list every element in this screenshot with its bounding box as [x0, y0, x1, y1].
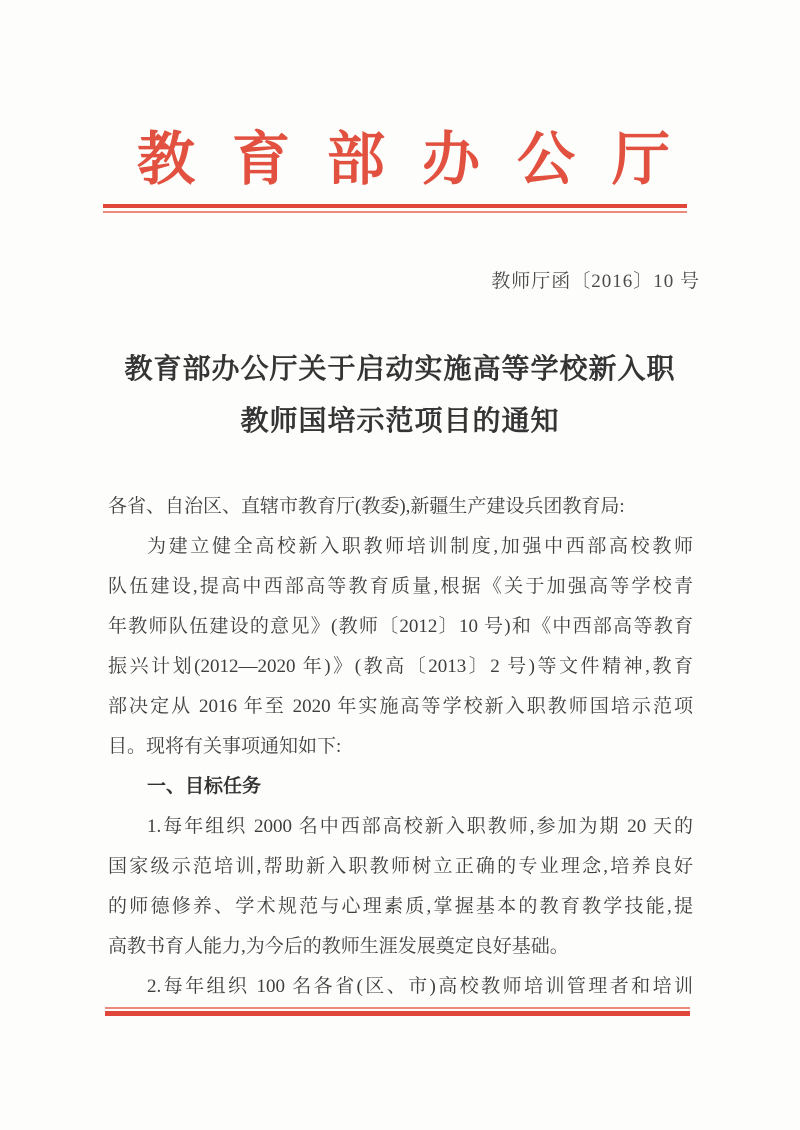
body-line: 为建立健全高校新入职教师培训制度,加强中西部高校教师: [108, 527, 693, 567]
body-line: 1.每年组织 2000 名中西部高校新入职教师,参加为期 20 天的: [108, 807, 693, 847]
body-line: 部决定从 2016 年至 2020 年实施高等学校新入职教师国培示范项: [108, 687, 693, 727]
body-line: 2.每年组织 100 名各省(区、市)高校教师培训管理者和培训: [108, 967, 693, 1007]
document-title-line-1: 教育部办公厅关于启动实施高等学校新入职: [60, 344, 740, 396]
body-line: 高教书育人能力,为今后的教师生涯发展奠定良好基础。: [108, 927, 693, 967]
body-line: 国家级示范培训,帮助新入职教师树立正确的专业理念,培养良好: [108, 847, 693, 887]
body-line: 各省、自治区、直辖市教育厅(教委),新疆生产建设兵团教育局:: [108, 487, 693, 527]
letterhead-agency-name: 教育部办公厅: [100, 122, 690, 198]
document-title-line-2: 教师国培示范项目的通知: [60, 396, 740, 448]
body-line: 振兴计划(2012—2020 年)》(教高〔2013〕2 号)等文件精神,教育: [108, 647, 693, 687]
document-page: 教育部办公厅 教师厅函〔2016〕10 号 教育部办公厅关于启动实施高等学校新入…: [0, 0, 800, 1130]
letterhead-rule-thick: [103, 204, 687, 208]
document-number: 教师厅函〔2016〕10 号: [108, 268, 700, 296]
body-line: 队伍建设,提高中西部高等教育质量,根据《关于加强高等学校青: [108, 567, 693, 607]
body-line: 年教师队伍建设的意见》(教师〔2012〕10 号)和《中西部高等教育: [108, 607, 693, 647]
body-line: 目。现将有关事项通知如下:: [108, 727, 693, 767]
document-title: 教育部办公厅关于启动实施高等学校新入职 教师国培示范项目的通知: [60, 344, 740, 448]
body-section-heading: 一、目标任务: [108, 767, 693, 807]
letterhead-rule-thin: [103, 211, 687, 213]
page-break-rule-thin: [105, 1007, 690, 1009]
page-break-rule-thick: [105, 1011, 690, 1016]
body-line: 的师德修养、学术规范与心理素质,掌握基本的教育教学技能,提: [108, 887, 693, 927]
document-body: 各省、自治区、直辖市教育厅(教委),新疆生产建设兵团教育局:为建立健全高校新入职…: [108, 487, 693, 1007]
